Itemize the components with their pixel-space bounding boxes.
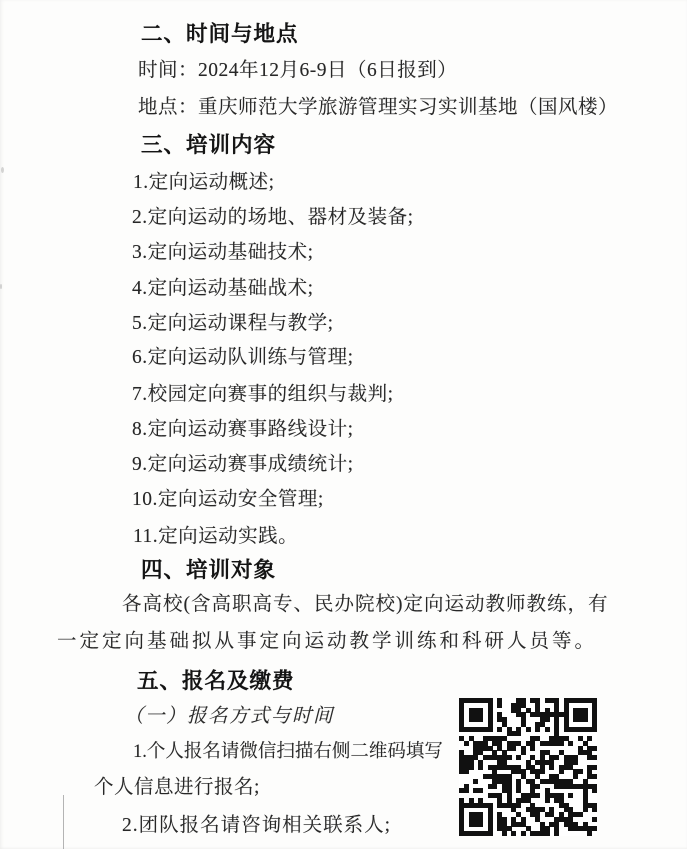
paragraph-team-registration: 2.团队报名请咨询相关联系人; xyxy=(122,816,391,836)
document-page: 二、时间与地点 时间：2024年12月6-9日（6日报到） 地点：重庆师范大学旅… xyxy=(0,0,687,849)
section-heading-training-target: 四、培训对象 xyxy=(141,560,276,582)
line-time: 时间：2024年12月6-9日（6日报到） xyxy=(138,61,457,81)
list-item-8: 8.定向运动赛事路线设计; xyxy=(132,420,354,440)
list-item-9: 9.定向运动赛事成绩统计; xyxy=(132,455,354,475)
paragraph-individual-registration-line-1: 1.个人报名请微信扫描右侧二维码填写 xyxy=(133,743,443,762)
paragraph-target-line-2: 一定定向基础拟从事定向运动教学训练和科研人员等。 xyxy=(57,632,597,652)
paragraph-individual-registration-line-2: 个人信息进行报名; xyxy=(94,778,260,798)
list-item-6: 6.定向运动队训练与管理; xyxy=(132,348,354,368)
section-heading-training-content: 三、培训内容 xyxy=(141,135,276,157)
list-item-3: 3.定向运动基础技术; xyxy=(132,243,314,263)
scan-artifact-line xyxy=(63,795,64,849)
section-heading-time-location: 二、时间与地点 xyxy=(141,24,299,46)
list-item-10: 10.定向运动安全管理; xyxy=(132,490,324,510)
list-item-1: 1.定向运动概述; xyxy=(133,173,275,193)
list-item-4: 4.定向运动基础战术; xyxy=(132,279,314,299)
line-location: 地点：重庆师范大学旅游管理实习实训基地（国风楼） xyxy=(138,98,618,118)
list-item-5: 5.定向运动课程与教学; xyxy=(132,314,334,334)
list-item-2: 2.定向运动的场地、器材及装备; xyxy=(132,208,414,228)
paragraph-target-line-1: 各高校(含高职高专、民办院校)定向运动教师教练，有 xyxy=(122,595,609,615)
scan-speck xyxy=(1,167,4,173)
qr-code-icon xyxy=(459,698,597,836)
list-item-7: 7.校园定向赛事的组织与裁判; xyxy=(132,385,394,405)
subsection-heading-registration-method: （一）报名方式与时间 xyxy=(124,707,334,727)
scan-speck xyxy=(0,284,2,289)
section-heading-registration-fee: 五、报名及缴费 xyxy=(137,671,295,693)
list-item-11: 11.定向运动实践。 xyxy=(133,527,298,547)
